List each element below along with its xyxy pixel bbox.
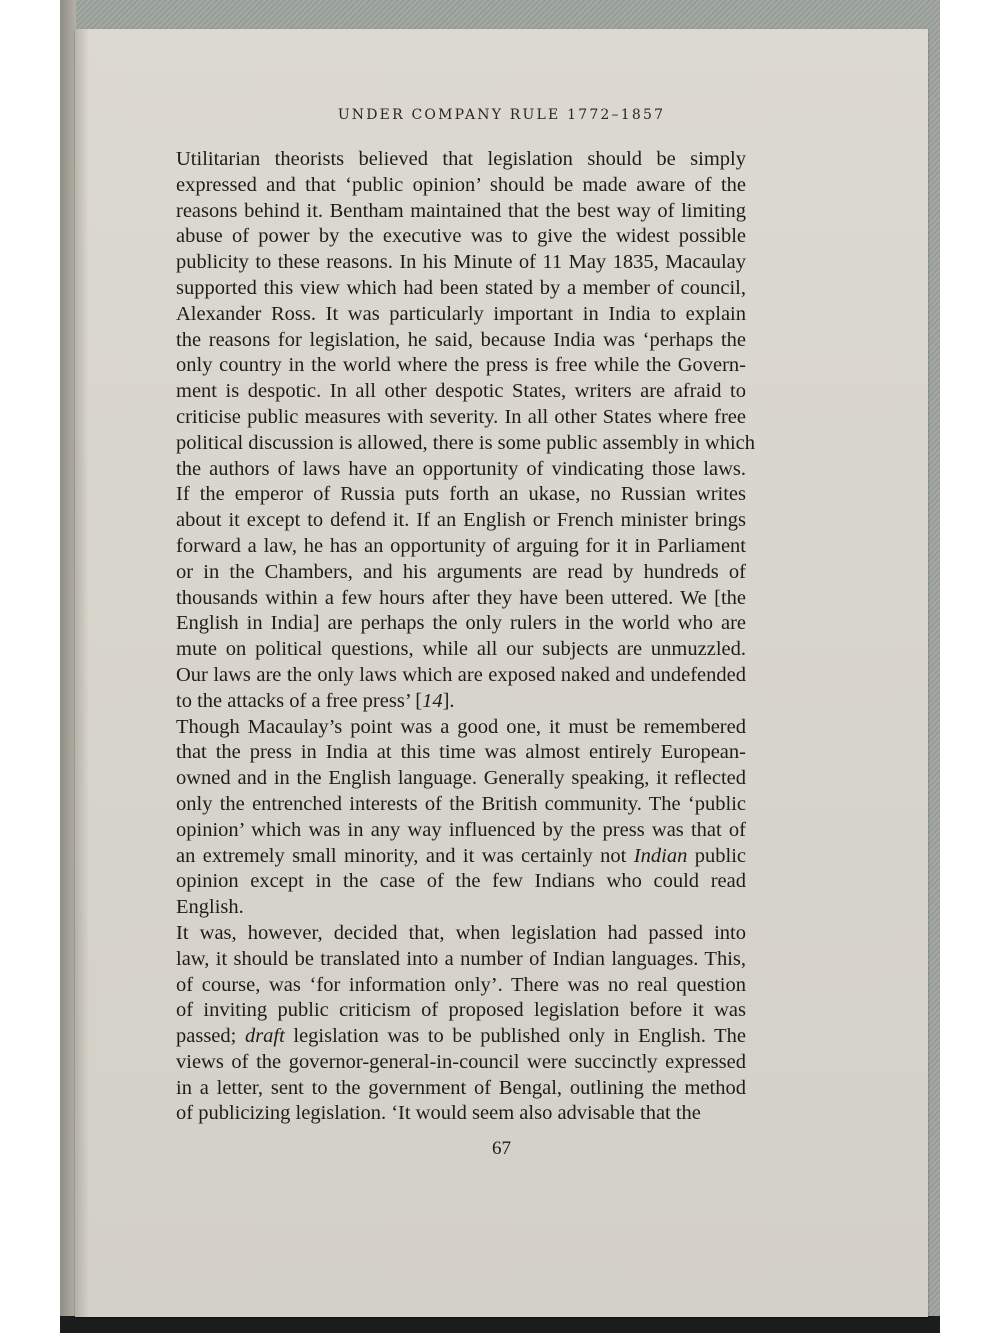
- page-number: 67: [75, 1138, 928, 1160]
- text-line: the reasons for legislation, he said, be…: [158, 328, 746, 354]
- book-cover-edge: [60, 0, 76, 1333]
- text-line: about it except to defend it. If an Engl…: [158, 508, 746, 534]
- text-line: abuse of power by the executive was to g…: [158, 224, 746, 250]
- text-line: reasons behind it. Bentham maintained th…: [158, 199, 746, 225]
- text-line: political discussion is allowed, there i…: [158, 431, 746, 457]
- text-line: expressed and that ‘public opinion’ shou…: [158, 173, 746, 199]
- text-line: of publicizing legislation. ‘It would se…: [158, 1101, 746, 1127]
- text-line: only country in the world where the pres…: [158, 353, 746, 379]
- text-line: only the entrenched interests of the Bri…: [158, 792, 746, 818]
- text-line: English in India] are perhaps the only r…: [158, 611, 746, 637]
- text-line: of course, was ‘for information only’. T…: [158, 973, 746, 999]
- text-line: of inviting public criticism of proposed…: [158, 998, 746, 1024]
- book-page: UNDER COMPANY RULE 1772–1857 Utilitarian…: [75, 29, 928, 1317]
- text-line: publicity to these reasons. In his Minut…: [158, 250, 746, 276]
- italic-text: Indian: [634, 845, 688, 867]
- text-line: If the emperor of Russia puts forth an u…: [158, 482, 746, 508]
- body-text: Utilitarian theorists believed that legi…: [158, 147, 746, 1127]
- page-shadow: [60, 1316, 940, 1333]
- text-line: views of the governor-general-in-council…: [158, 1050, 746, 1076]
- paragraph-1: Utilitarian theorists believed that legi…: [158, 147, 746, 715]
- text-line: Our laws are the only laws which are exp…: [158, 663, 746, 689]
- text-line: or in the Chambers, and his arguments ar…: [158, 560, 746, 586]
- italic-text: draft: [245, 1025, 285, 1047]
- text-line: owned and in the English language. Gener…: [158, 766, 746, 792]
- text-line: Alexander Ross. It was particularly impo…: [158, 302, 746, 328]
- text-line: to the attacks of a free press’ [14].: [158, 689, 746, 715]
- text-line: Though Macaulay’s point was a good one, …: [158, 715, 746, 741]
- running-head: UNDER COMPANY RULE 1772–1857: [75, 107, 928, 123]
- text-line: It was, however, decided that, when legi…: [158, 921, 746, 947]
- text-line: opinion except in the case of the few In…: [158, 869, 746, 895]
- paragraph-2: Though Macaulay’s point was a good one, …: [158, 715, 746, 921]
- text-line: English.: [158, 895, 746, 921]
- text-line: Utilitarian theorists believed that legi…: [158, 147, 746, 173]
- text-line: criticise public measures with severity.…: [158, 405, 746, 431]
- text-line: an extremely small minority, and it was …: [158, 844, 746, 870]
- text-line: in a letter, sent to the government of B…: [158, 1076, 746, 1102]
- text-line: passed; draft legislation was to be publ…: [158, 1024, 746, 1050]
- text-line: the authors of laws have an opportunity …: [158, 457, 746, 483]
- text-line: opinion’ which was in any way influenced…: [158, 818, 746, 844]
- italic-text: 14: [422, 690, 443, 712]
- text-line: mute on political questions, while all o…: [158, 637, 746, 663]
- text-line: forward a law, he has an opportunity of …: [158, 534, 746, 560]
- paragraph-3: It was, however, decided that, when legi…: [158, 921, 746, 1127]
- text-line: that the press in India at this time was…: [158, 740, 746, 766]
- text-line: supported this view which had been state…: [158, 276, 746, 302]
- text-line: thousands within a few hours after they …: [158, 586, 746, 612]
- text-line: ment is despotic. In all other despotic …: [158, 379, 746, 405]
- text-line: law, it should be translated into a numb…: [158, 947, 746, 973]
